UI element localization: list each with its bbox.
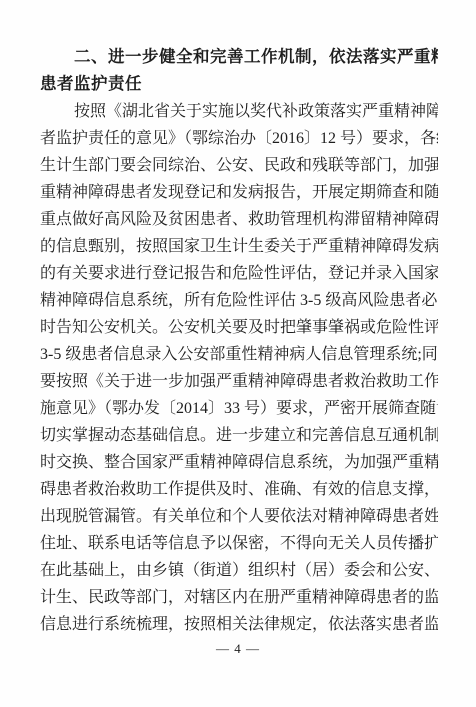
heading-line: 患者监护责任	[40, 71, 438, 98]
text-line: 生计生部门要会同综治、公安、民政和残联等部门，加强对严	[40, 152, 438, 179]
text-line: 住址、联系电话等信息予以保密，不得向无关人员传播扩散。	[40, 530, 438, 557]
text-line: 按照《湖北省关于实施以奖代补政策落实严重精神障碍患	[40, 98, 438, 125]
text-line: 时交换、整合国家严重精神障碍信息系统，为加强严重精神障	[40, 449, 438, 476]
document-content: 二、进一步健全和完善工作机制，依法落实严重精神障碍 患者监护责任 按照《湖北省关…	[40, 44, 438, 638]
text-line: 时告知公安机关。公安机关要及时把肇事肇祸或危险性评估	[40, 314, 438, 341]
text-line: 信息进行系统梳理，按照相关法律规定，依法落实患者监护人。	[40, 611, 438, 638]
text-line: 计生、民政等部门，对辖区内在册严重精神障碍患者的监护人	[40, 584, 438, 611]
text-line: 精神障碍信息系统，所有危险性评估 3-5 级高风险患者必须及	[40, 287, 438, 314]
text-line: 的有关要求进行登记报告和危险性评估，登记并录入国家严重	[40, 260, 438, 287]
text-line: 碍患者救治救助工作提供及时、准确、有效的信息支撑，防止	[40, 476, 438, 503]
text-line: 的信息甄别，按照国家卫生计生委关于严重精神障碍发病报告	[40, 233, 438, 260]
text-line: 者监护责任的意见》（鄂综治办〔2016〕12 号）要求，各级卫	[40, 125, 438, 152]
body-paragraph: 按照《湖北省关于实施以奖代补政策落实严重精神障碍患 者监护责任的意见》（鄂综治办…	[40, 98, 438, 638]
heading-line: 二、进一步健全和完善工作机制，依法落实严重精神障碍	[40, 44, 438, 71]
text-line: 出现脱管漏管。有关单位和个人要依法对精神障碍患者姓名、	[40, 503, 438, 530]
text-line: 重精神障碍患者发现登记和发病报告，开展定期筛查和随访，	[40, 179, 438, 206]
document-page: 二、进一步健全和完善工作机制，依法落实严重精神障碍 患者监护责任 按照《湖北省关…	[0, 0, 476, 707]
text-line: 在此基础上，由乡镇（街道）组织村（居）委会和公安、卫生	[40, 557, 438, 584]
text-line: 要按照《关于进一步加强严重精神障碍患者救治救助工作的实	[40, 368, 438, 395]
text-line: 施意见》（鄂办发〔2014〕33 号）要求，严密开展筛查随访，	[40, 395, 438, 422]
text-line: 重点做好高风险及贫困患者、救助管理机构滞留精神障碍患者	[40, 206, 438, 233]
section-heading: 二、进一步健全和完善工作机制，依法落实严重精神障碍 患者监护责任	[40, 44, 438, 98]
text-line: 切实掌握动态基础信息。进一步建立和完善信息互通机制，及	[40, 422, 438, 449]
text-line: 3-5 级患者信息录入公安部重性精神病人信息管理系统;同时，	[40, 341, 438, 368]
page-number: — 4 —	[0, 641, 476, 657]
